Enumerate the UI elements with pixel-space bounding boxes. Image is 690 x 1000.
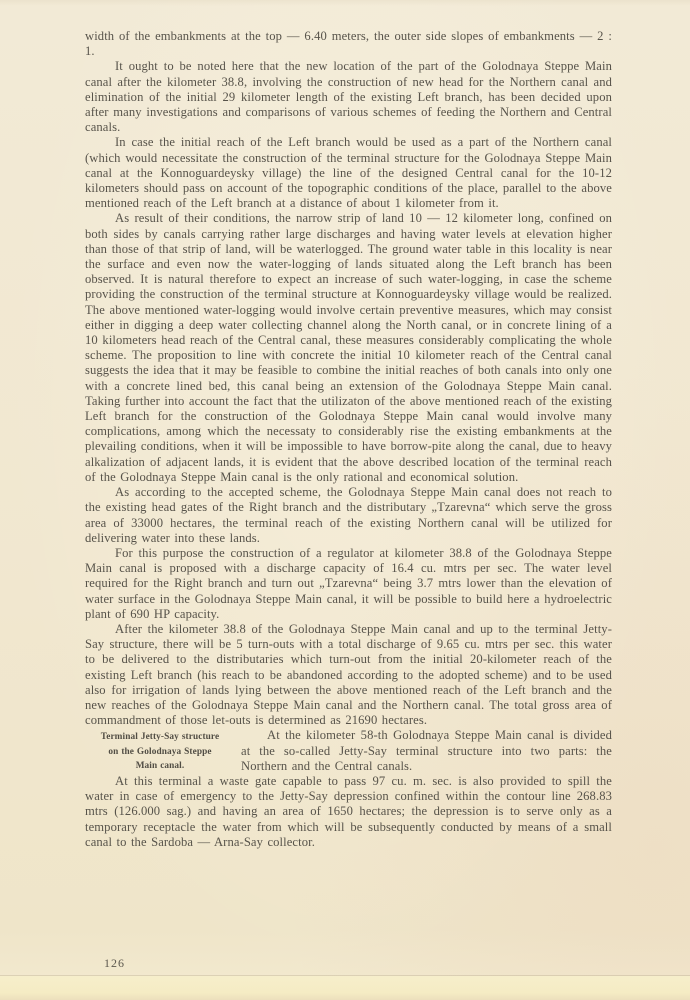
paragraph: It ought to be noted here that the new l… bbox=[85, 59, 612, 135]
paragraph: In case the initial reach of the Left br… bbox=[85, 135, 612, 211]
paragraph: After the kilometer 38.8 of the Golodnay… bbox=[85, 622, 612, 728]
paragraph-continuation: width of the embankments at the top — 6.… bbox=[85, 29, 612, 59]
paragraph: For this purpose the construction of a r… bbox=[85, 546, 612, 622]
paragraph: As result of their conditions, the narro… bbox=[85, 211, 612, 485]
margin-note-line: Terminal Jetty-Say structure bbox=[85, 730, 235, 744]
margin-note-line: Main canal. bbox=[85, 759, 235, 773]
page-top-edge bbox=[0, 0, 690, 6]
paragraph: At this terminal a waste gate capable to… bbox=[85, 774, 612, 850]
text-column: width of the embankments at the top — 6.… bbox=[85, 29, 612, 850]
book-page: width of the embankments at the top — 6.… bbox=[0, 0, 690, 1000]
paragraph-text: At the kilometer 58-th Golodnaya Steppe … bbox=[241, 728, 612, 772]
paragraph-with-margin-note: Terminal Jetty-Say structure on the Golo… bbox=[85, 728, 612, 774]
margin-note: Terminal Jetty-Say structure on the Golo… bbox=[85, 728, 235, 773]
paragraph: As according to the accepted scheme, the… bbox=[85, 485, 612, 546]
margin-note-line: on the Golodnaya Steppe bbox=[85, 745, 235, 759]
page-bottom-edge bbox=[0, 976, 690, 1000]
page-number: 126 bbox=[104, 956, 125, 971]
